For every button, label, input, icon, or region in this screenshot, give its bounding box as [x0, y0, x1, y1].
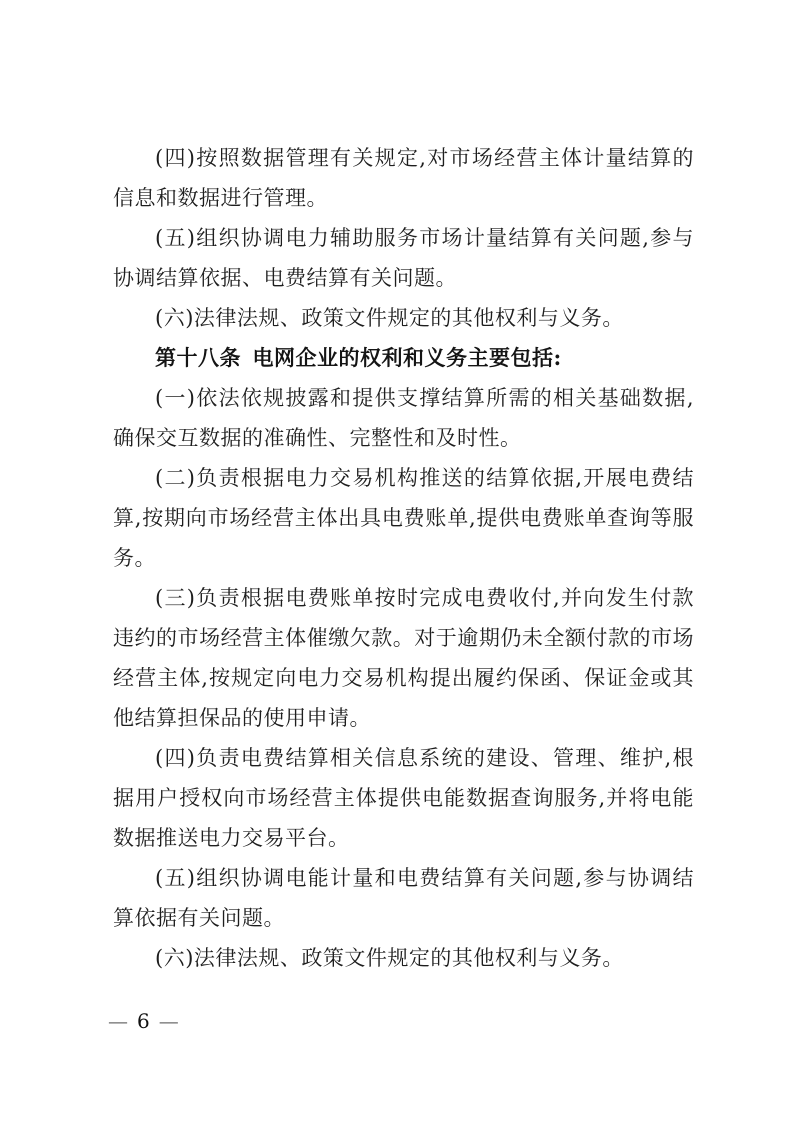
page-number: 6: [134, 1009, 155, 1033]
paragraph: (一)依法依规披露和提供支撑结算所需的相关基础数据,确保交互数据的准确性、完整性…: [113, 378, 694, 458]
paragraph: (三)负责根据电费账单按时完成电费收付,并向发生付款违约的市场经营主体催缴欠款。…: [113, 578, 694, 738]
footer-right-dash: —: [155, 1009, 185, 1033]
paragraph: (五)组织协调电能计量和电费结算有关问题,参与协调结算依据有关问题。: [113, 858, 694, 938]
article-heading: 第十八条电网企业的权利和义务主要包括:: [113, 338, 694, 378]
document-body: (四)按照数据管理有关规定,对市场经营主体计量结算的信息和数据进行管理。(五)组…: [113, 138, 694, 978]
paragraph: (二)负责根据电力交易机构推送的结算依据,开展电费结算,按期向市场经营主体出具电…: [113, 458, 694, 578]
paragraph: (五)组织协调电力辅助服务市场计量结算有关问题,参与协调结算依据、电费结算有关问…: [113, 218, 694, 298]
paragraph: (六)法律法规、政策文件规定的其他权利与义务。: [113, 938, 694, 978]
paragraph: (六)法律法规、政策文件规定的其他权利与义务。: [113, 298, 694, 338]
article-number: 第十八条: [155, 345, 253, 370]
article-heading-text: 电网企业的权利和义务主要包括:: [253, 345, 562, 370]
paragraph: (四)按照数据管理有关规定,对市场经营主体计量结算的信息和数据进行管理。: [113, 138, 694, 218]
paragraph: (四)负责电费结算相关信息系统的建设、管理、维护,根据用户授权向市场经营主体提供…: [113, 738, 694, 858]
page-footer: —6—: [104, 1005, 185, 1037]
footer-left-dash: —: [104, 1009, 134, 1033]
document-page: (四)按照数据管理有关规定,对市场经营主体计量结算的信息和数据进行管理。(五)组…: [0, 0, 794, 1123]
